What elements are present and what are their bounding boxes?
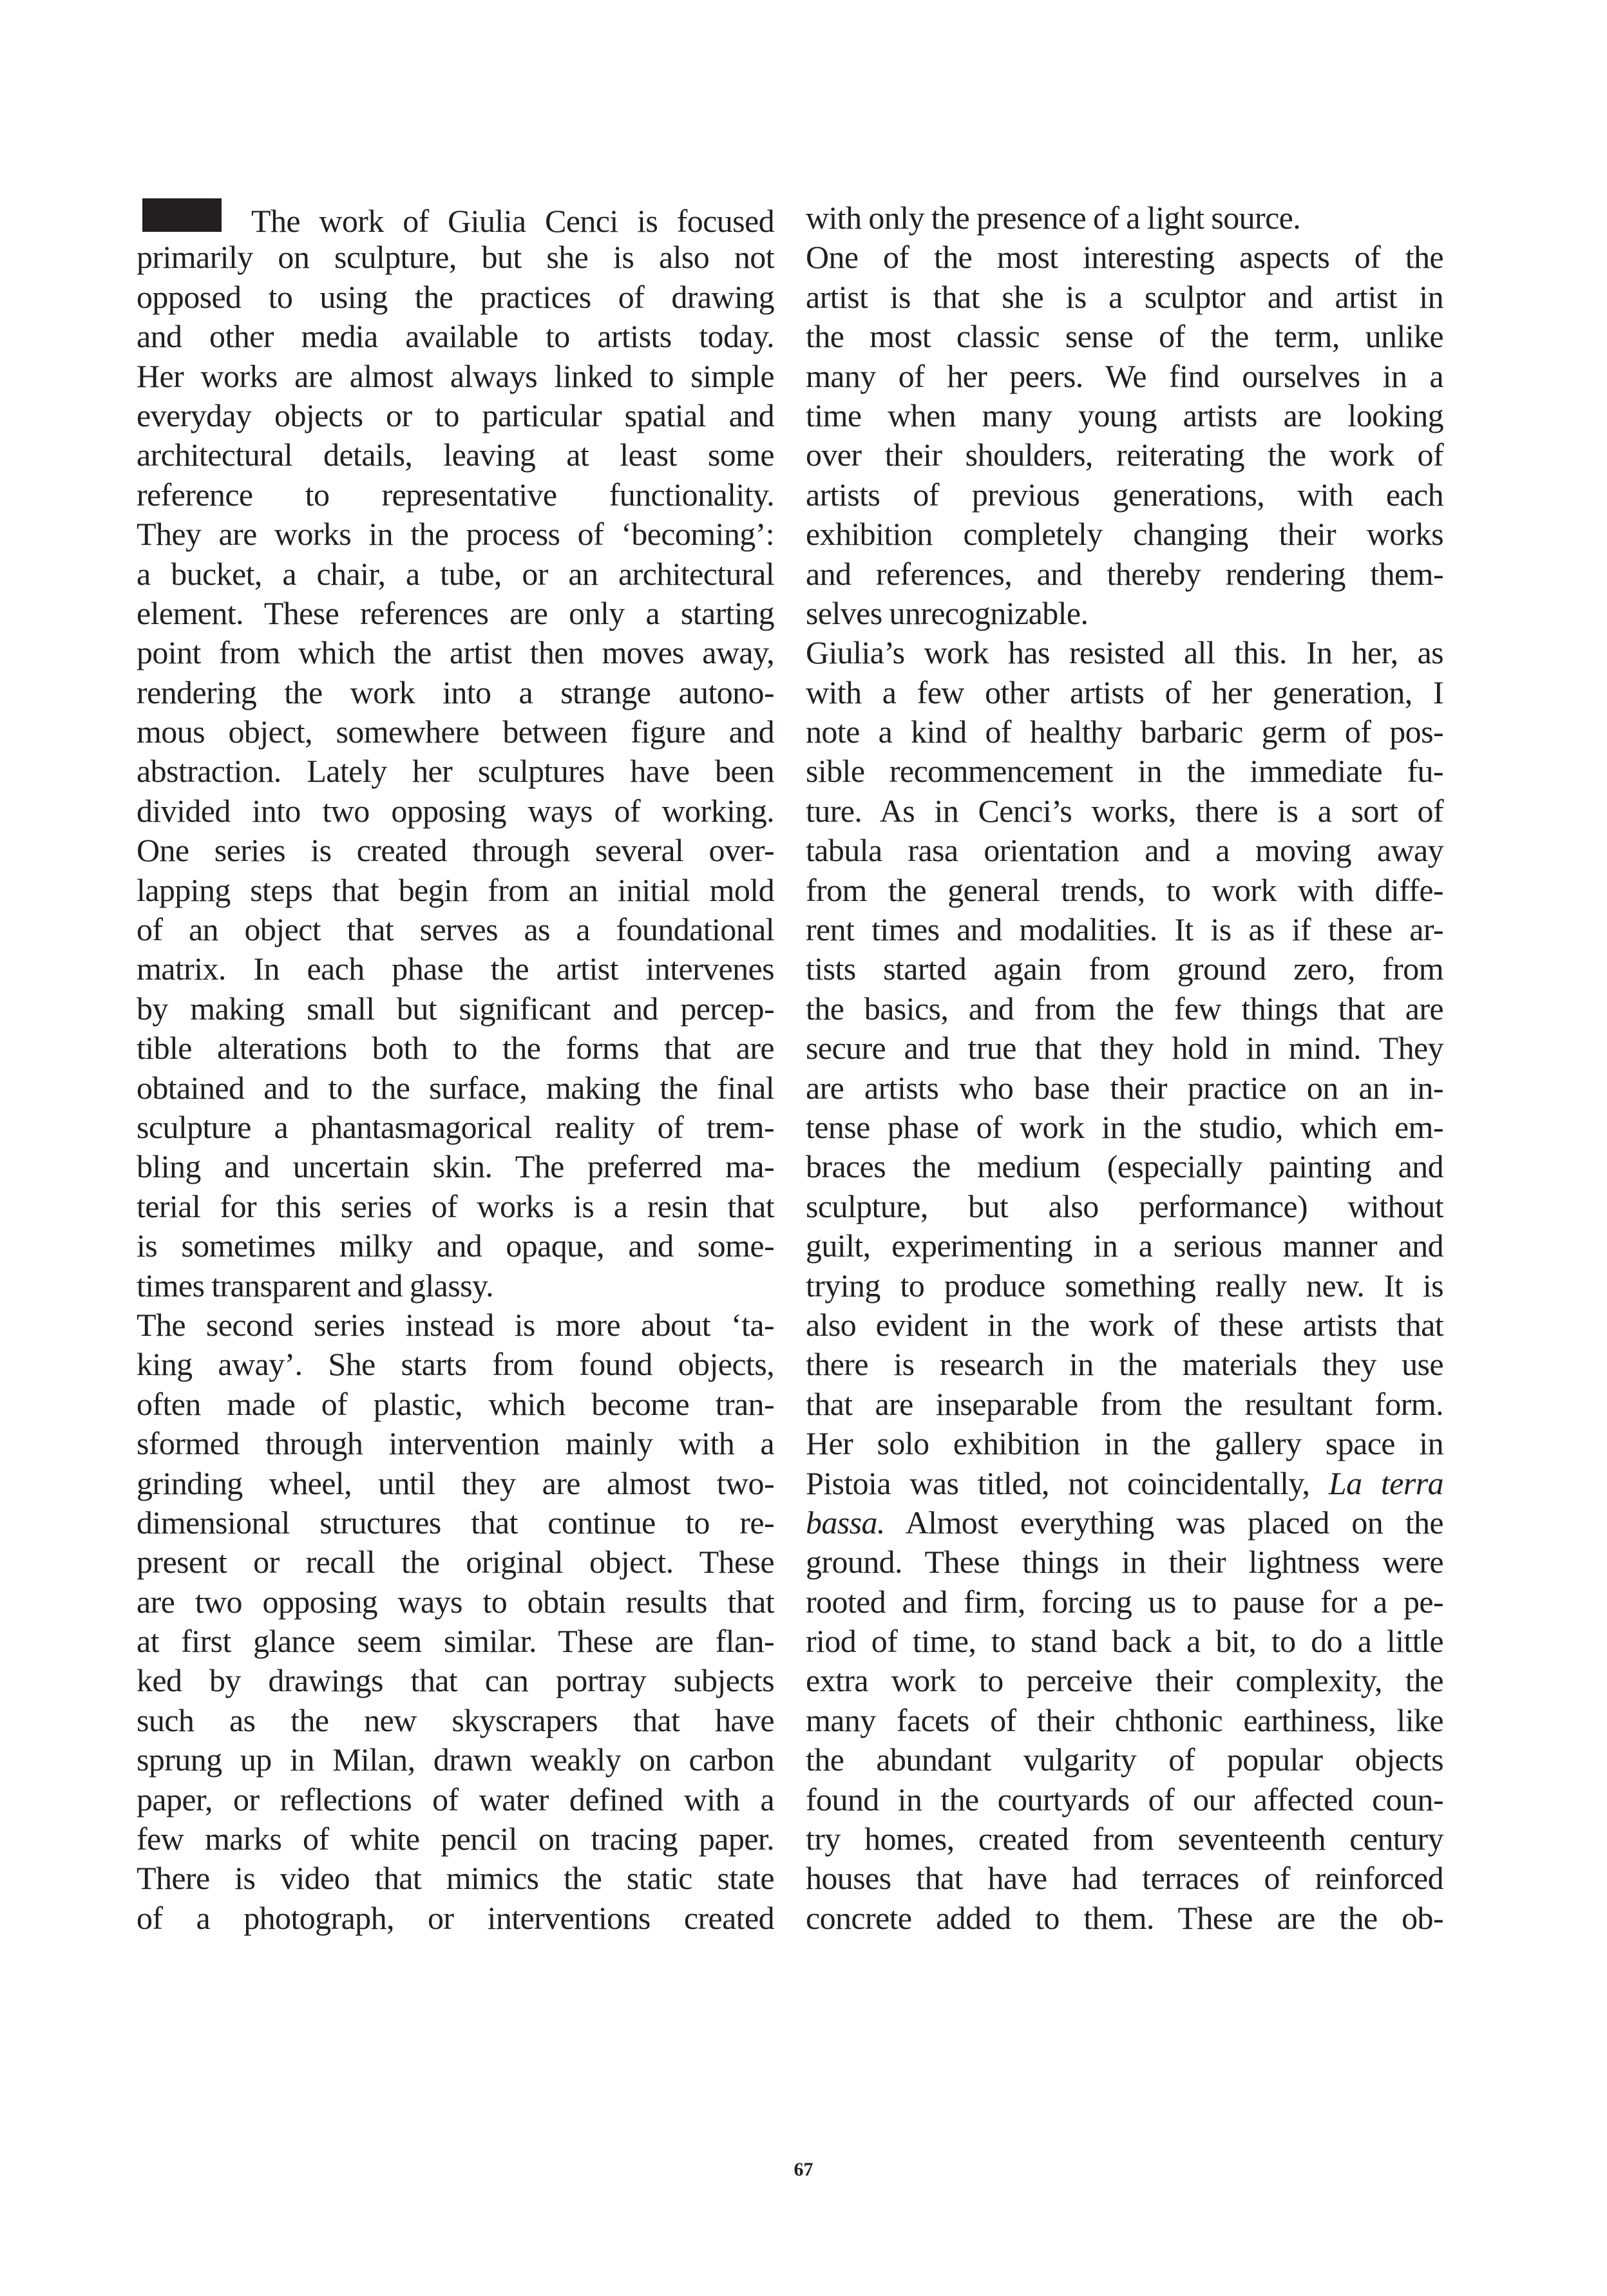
bassa-text: Almost everything was placed on the bbox=[885, 1504, 1443, 1541]
text-line: rooted and firm, forcing us to pause for… bbox=[806, 1582, 1443, 1622]
text-line: rendering the work into a strange autono… bbox=[137, 673, 774, 712]
text-line: at first glance seem similar. These are … bbox=[137, 1622, 774, 1661]
text-line: ked by drawings that can portray subject… bbox=[137, 1661, 774, 1700]
text-line: secure and true that they hold in mind. … bbox=[806, 1029, 1443, 1068]
text-line: architectural details, leaving at least … bbox=[137, 435, 774, 475]
text-line: bling and uncertain skin. The preferred … bbox=[137, 1147, 774, 1186]
text-line: present or recall the original object. T… bbox=[137, 1542, 774, 1582]
text-line: One of the most interesting aspects of t… bbox=[806, 238, 1443, 277]
text-line: One series is created through several ov… bbox=[137, 831, 774, 870]
text-line: found in the courtyards of our affected … bbox=[806, 1780, 1443, 1819]
text-line: point from which the artist then moves a… bbox=[137, 633, 774, 672]
text-line: by making small but significant and perc… bbox=[137, 989, 774, 1029]
text-line: sible recommencement in the immediate fu… bbox=[806, 752, 1443, 791]
text-line: primarily on sculpture, but she is also … bbox=[137, 238, 774, 277]
text-line: rent times and modalities. It is as if t… bbox=[806, 910, 1443, 949]
text-line: sformed through intervention mainly with… bbox=[137, 1424, 774, 1463]
opening-line: The work of Giulia Cenci is focused bbox=[137, 198, 774, 238]
text-line: guilt, experimenting in a serious manner… bbox=[806, 1226, 1443, 1266]
text-line: Her works are almost always linked to si… bbox=[137, 357, 774, 396]
page-number: 67 bbox=[0, 2159, 1607, 2181]
text-line: there is research in the materials they … bbox=[806, 1345, 1443, 1384]
text-line: the abundant vulgarity of popular object… bbox=[806, 1740, 1443, 1779]
text-line: try homes, created from seventeenth cent… bbox=[806, 1819, 1443, 1859]
pistoia-line: Pistoia was titled, not coincidentally, … bbox=[806, 1464, 1443, 1503]
text-line: They are works in the process of ‘becomi… bbox=[137, 515, 774, 554]
opening-text: The work of Giulia Cenci is focused bbox=[251, 202, 774, 241]
right-text-column: with only the presence of a light source… bbox=[806, 198, 1443, 1938]
text-line: paper, or reflections of water defined w… bbox=[137, 1780, 774, 1819]
text-line: king away’. She starts from found object… bbox=[137, 1345, 774, 1384]
text-line: ground. These things in their lightness … bbox=[806, 1542, 1443, 1582]
text-line: obtained and to the surface, making the … bbox=[137, 1068, 774, 1108]
text-line: sprung up in Milan, drawn weakly on carb… bbox=[137, 1740, 774, 1779]
right-column-lines-part1: with only the presence of a light source… bbox=[806, 198, 1443, 1464]
text-line: the most classic sense of the term, unli… bbox=[806, 317, 1443, 356]
text-line: tense phase of work in the studio, which… bbox=[806, 1108, 1443, 1147]
text-line: sculpture, but also performance) without bbox=[806, 1187, 1443, 1226]
text-line: The second series instead is more about … bbox=[137, 1305, 774, 1345]
document-page: The work of Giulia Cenci is focused prim… bbox=[0, 0, 1607, 2296]
text-line: is sometimes milky and opaque, and some- bbox=[137, 1226, 774, 1266]
pistoia-text: Pistoia was titled, not coincidentally, bbox=[806, 1465, 1329, 1501]
text-line: Her solo exhibition in the gallery space… bbox=[806, 1424, 1443, 1463]
text-line: few marks of white pencil on tracing pap… bbox=[137, 1819, 774, 1859]
bassa-line: bassa. Almost everything was placed on t… bbox=[806, 1503, 1443, 1542]
text-line: extra work to perceive their complexity,… bbox=[806, 1661, 1443, 1700]
text-line: abstraction. Lately her sculptures have … bbox=[137, 752, 774, 791]
right-column-lines-part2: ground. These things in their lightness … bbox=[806, 1542, 1443, 1938]
text-line: There is video that mimics the static st… bbox=[137, 1859, 774, 1898]
text-line: lapping steps that begin from an initial… bbox=[137, 871, 774, 910]
text-line: are two opposing ways to obtain results … bbox=[137, 1582, 774, 1622]
text-line: opposed to using the practices of drawin… bbox=[137, 278, 774, 317]
text-line: that are inseparable from the resultant … bbox=[806, 1385, 1443, 1424]
text-line: tists started again from ground zero, fr… bbox=[806, 949, 1443, 989]
text-line: element. These references are only a sta… bbox=[137, 594, 774, 633]
text-line: and other media available to artists tod… bbox=[137, 317, 774, 356]
text-line: concrete added to them. These are the ob… bbox=[806, 1899, 1443, 1938]
text-line: also evident in the work of these artist… bbox=[806, 1305, 1443, 1345]
text-line: matrix. In each phase the artist interve… bbox=[137, 949, 774, 989]
text-line: times transparent and glassy. bbox=[137, 1266, 774, 1305]
text-line: reference to representative functionalit… bbox=[137, 475, 774, 515]
text-line: trying to produce something really new. … bbox=[806, 1266, 1443, 1305]
text-line: divided into two opposing ways of workin… bbox=[137, 792, 774, 831]
exhibition-title-italic-cont: bassa. bbox=[806, 1504, 885, 1541]
text-line: houses that have had terraces of reinfor… bbox=[806, 1859, 1443, 1898]
text-line: selves unrecognizable. bbox=[806, 594, 1443, 633]
exhibition-title-italic: La terra bbox=[1329, 1465, 1443, 1501]
left-text-column: The work of Giulia Cenci is focused prim… bbox=[137, 198, 774, 1938]
text-line: many facets of their chthonic earthiness… bbox=[806, 1701, 1443, 1740]
text-line: of an object that serves as a foundation… bbox=[137, 910, 774, 949]
text-line: from the general trends, to work with di… bbox=[806, 871, 1443, 910]
text-line: terial for this series of works is a res… bbox=[137, 1187, 774, 1226]
text-line: such as the new skyscrapers that have bbox=[137, 1701, 774, 1740]
section-marker-block bbox=[142, 198, 222, 232]
text-line: mous object, somewhere between figure an… bbox=[137, 712, 774, 752]
left-column-lines: primarily on sculpture, but she is also … bbox=[137, 238, 774, 1938]
text-line: are artists who base their practice on a… bbox=[806, 1068, 1443, 1108]
text-line: the basics, and from the few things that… bbox=[806, 989, 1443, 1029]
text-line: dimensional structures that continue to … bbox=[137, 1503, 774, 1542]
text-line: time when many young artists are looking bbox=[806, 396, 1443, 435]
text-line: artist is that she is a sculptor and art… bbox=[806, 278, 1443, 317]
text-line: sculpture a phantasmagorical reality of … bbox=[137, 1108, 774, 1147]
text-line: with a few other artists of her generati… bbox=[806, 673, 1443, 712]
text-line: tabula rasa orientation and a moving awa… bbox=[806, 831, 1443, 870]
text-line: many of her peers. We find ourselves in … bbox=[806, 357, 1443, 396]
text-line: a bucket, a chair, a tube, or an archite… bbox=[137, 555, 774, 594]
text-line: and references, and thereby rendering th… bbox=[806, 555, 1443, 594]
text-line: with only the presence of a light source… bbox=[806, 198, 1443, 238]
text-line: everyday objects or to particular spatia… bbox=[137, 396, 774, 435]
text-line: exhibition completely changing their wor… bbox=[806, 515, 1443, 554]
text-line: tible alterations both to the forms that… bbox=[137, 1029, 774, 1068]
text-line: braces the medium (especially painting a… bbox=[806, 1147, 1443, 1186]
text-line: over their shoulders, reiterating the wo… bbox=[806, 435, 1443, 475]
text-line: note a kind of healthy barbaric germ of … bbox=[806, 712, 1443, 752]
text-line: grinding wheel, until they are almost tw… bbox=[137, 1464, 774, 1503]
text-line: ture. As in Cenci’s works, there is a so… bbox=[806, 792, 1443, 831]
text-line: often made of plastic, which become tran… bbox=[137, 1385, 774, 1424]
text-line: of a photograph, or interventions create… bbox=[137, 1899, 774, 1938]
text-line: artists of previous generations, with ea… bbox=[806, 475, 1443, 515]
text-line: riod of time, to stand back a bit, to do… bbox=[806, 1622, 1443, 1661]
text-line: Giulia’s work has resisted all this. In … bbox=[806, 633, 1443, 672]
